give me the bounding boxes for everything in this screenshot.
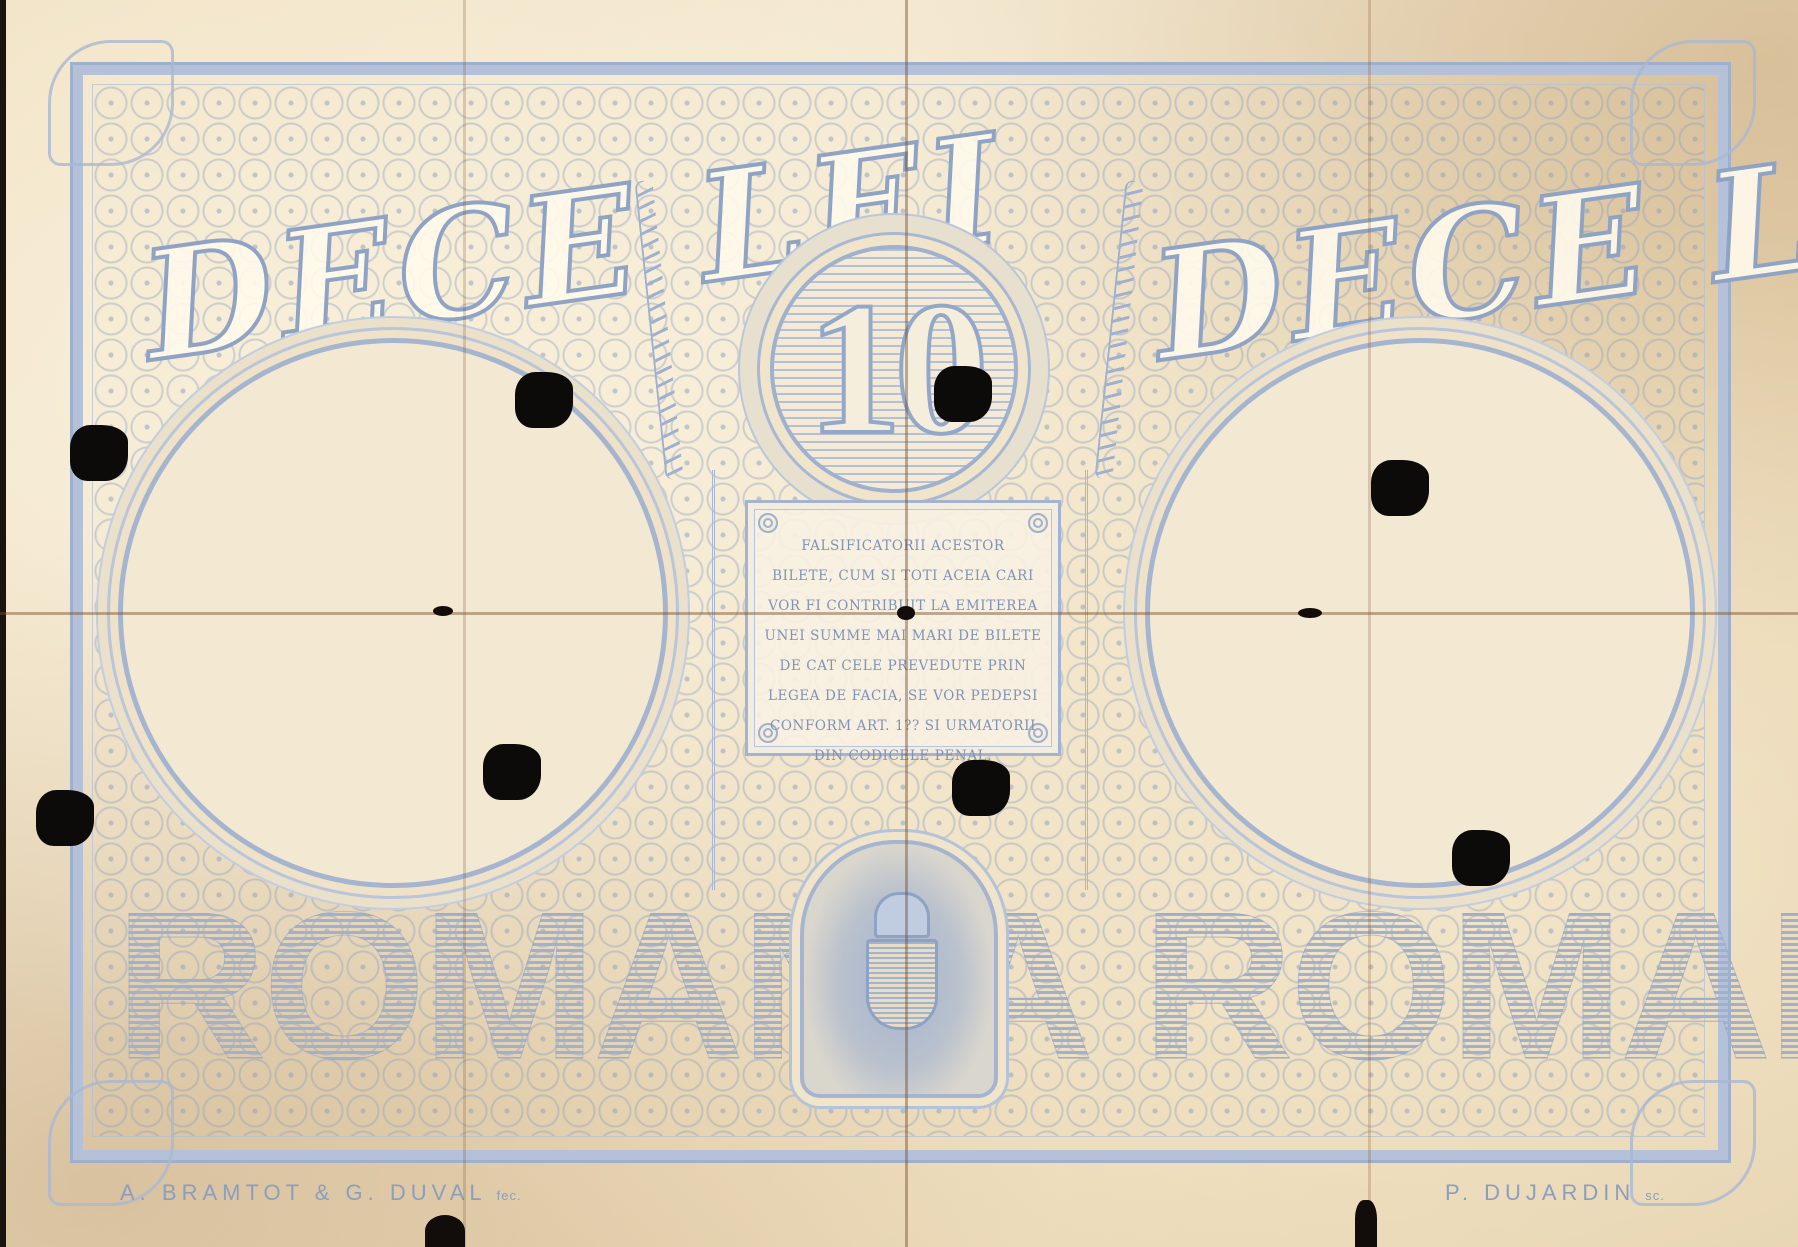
fold-line xyxy=(463,0,466,1247)
legal-warning-box: FALSIFICATORII ACESTOR BILETE, CUM SI TO… xyxy=(745,500,1061,756)
punch-hole xyxy=(952,760,1010,816)
punch-hole xyxy=(1371,460,1429,516)
punch-hole xyxy=(36,790,94,846)
tear xyxy=(1298,608,1322,618)
punch-hole xyxy=(483,744,541,800)
engraver-signature-left: A. BRAMTOT & G. DUVALfec. xyxy=(120,1180,522,1206)
engraver-suffix: sc. xyxy=(1645,1188,1665,1203)
engraver-signature-right: P. DUJARDINsc. xyxy=(1445,1180,1665,1206)
punch-hole xyxy=(1452,830,1510,886)
punch-hole xyxy=(70,425,128,481)
punch-hole xyxy=(515,372,573,428)
tear xyxy=(433,606,453,616)
fold-line xyxy=(905,0,908,1247)
tear xyxy=(1355,1200,1377,1247)
shield-icon xyxy=(866,939,938,1030)
legal-warning-text: FALSIFICATORII ACESTOR BILETE, CUM SI TO… xyxy=(762,531,1044,771)
scan-edge xyxy=(0,0,6,1247)
engraver-suffix: fec. xyxy=(497,1188,522,1203)
tear xyxy=(425,1215,465,1247)
engraver-name: A. BRAMTOT & G. DUVAL xyxy=(120,1180,487,1205)
banknote: DECE LEI DECE LEI ROMANIA ROMANIA 10 FAL… xyxy=(0,0,1798,1247)
legal-line: BILETE, CUM SI TOTI ACEIA CARI xyxy=(762,561,1044,591)
rosette-icon xyxy=(1028,513,1048,533)
legal-line: LEGEA DE FACIA, SE VOR PEDEPSI xyxy=(762,681,1044,711)
corner-ornament-top-left xyxy=(48,40,174,166)
crown-icon xyxy=(874,892,930,938)
engraver-name: P. DUJARDIN xyxy=(1445,1180,1635,1205)
rosette-icon xyxy=(758,513,778,533)
punch-hole xyxy=(934,366,992,422)
tear xyxy=(897,606,915,620)
legal-line: CONFORM ART. 1?? SI URMATORII xyxy=(762,711,1044,741)
legal-line: UNEI SUMME MAI MARI DE BILETE xyxy=(762,621,1044,651)
coat-of-arms xyxy=(800,840,998,1098)
legal-line: DE CAT CELE PREVEDUTE PRIN xyxy=(762,651,1044,681)
legal-line: FALSIFICATORII ACESTOR xyxy=(762,531,1044,561)
country-name-right: ROMANIA xyxy=(1142,865,1798,1107)
fold-line xyxy=(1368,0,1371,1247)
